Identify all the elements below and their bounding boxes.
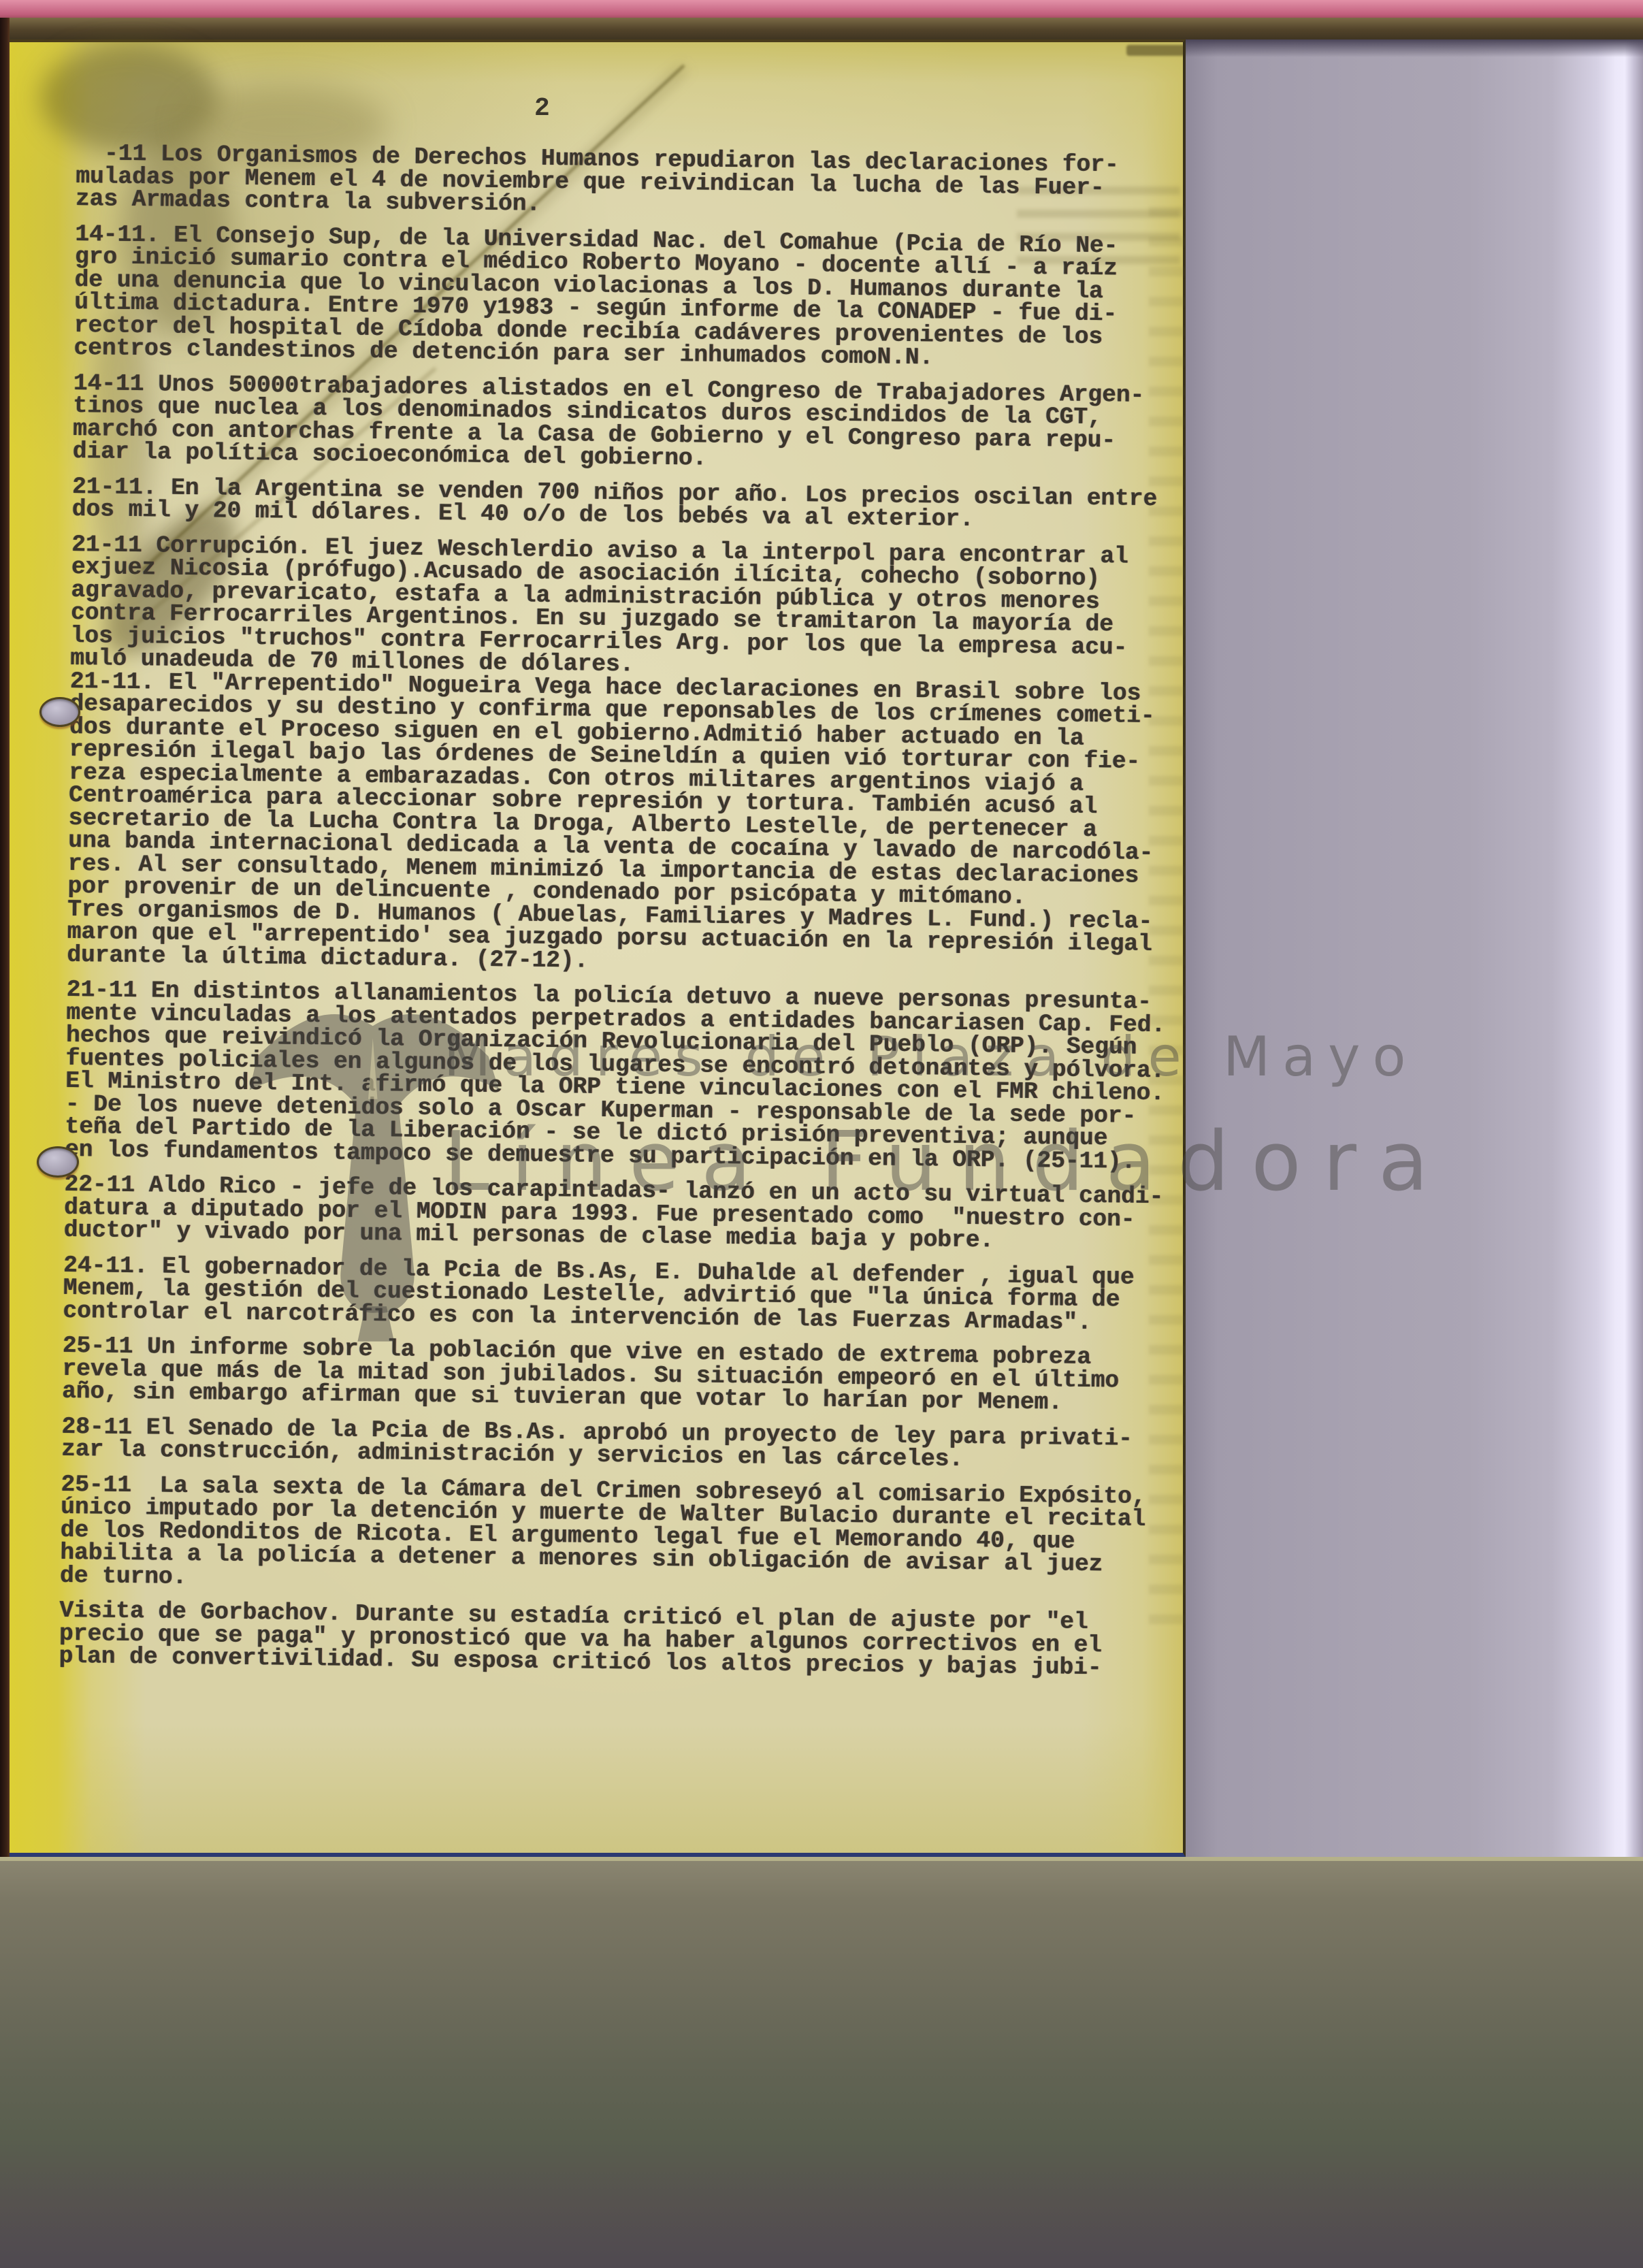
paragraph: Visita de Gorbachov. Durante su estadía … bbox=[59, 1600, 1190, 1681]
page-number: 2 bbox=[534, 94, 550, 123]
scanner-backing bbox=[1186, 39, 1643, 1860]
paper-stain bbox=[41, 44, 218, 152]
paper-page: 2 -11 Los Organismos de Derechos Humanos… bbox=[10, 39, 1186, 1857]
paragraph: 21-11. En la Argentina se venden 700 niñ… bbox=[72, 475, 1203, 534]
punch-hole bbox=[37, 1146, 79, 1178]
punch-hole bbox=[39, 697, 80, 727]
paragraph: 14-11. El Consejo Sup, de la Universidad… bbox=[74, 223, 1205, 372]
paragraph: 28-11 El Senado de la Pcia de Bs.As. apr… bbox=[61, 1415, 1192, 1474]
paragraph: -11 Los Organismos de Derechos Humanos r… bbox=[76, 142, 1206, 223]
paragraph: 21-11 En distintos allanamientos la poli… bbox=[65, 979, 1197, 1174]
scan-edge-top-pink bbox=[0, 0, 1643, 18]
scanned-document: 2 -11 Los Organismos de Derechos Humanos… bbox=[0, 0, 1643, 2268]
paragraph: 21-11 Corrupción. El juez Weschlerdio av… bbox=[70, 533, 1201, 683]
paragraph: 25-11 La sala sexta de la Cámara del Cri… bbox=[60, 1473, 1191, 1600]
paragraph: 21-11. El "Arrepentido" Nogueira Vega ha… bbox=[67, 670, 1200, 979]
paragraph: 25-11 Un informe sobre la población que … bbox=[62, 1335, 1192, 1416]
paragraph: 24-11. El gobernador de la Pcia de Bs.As… bbox=[63, 1254, 1193, 1335]
scan-edge-top-dark bbox=[0, 18, 1643, 39]
corner-mark bbox=[1126, 45, 1185, 56]
scan-edge-bottom bbox=[0, 1861, 1643, 2268]
typewritten-text: -11 Los Organismos de Derechos Humanos r… bbox=[59, 142, 1206, 1681]
scan-edge-left bbox=[0, 18, 10, 1860]
paragraph: 22-11 Aldo Rico - jefe de los carapintad… bbox=[64, 1173, 1194, 1254]
paragraph: 14-11 Unos 50000trabajadores alistados e… bbox=[73, 372, 1203, 476]
